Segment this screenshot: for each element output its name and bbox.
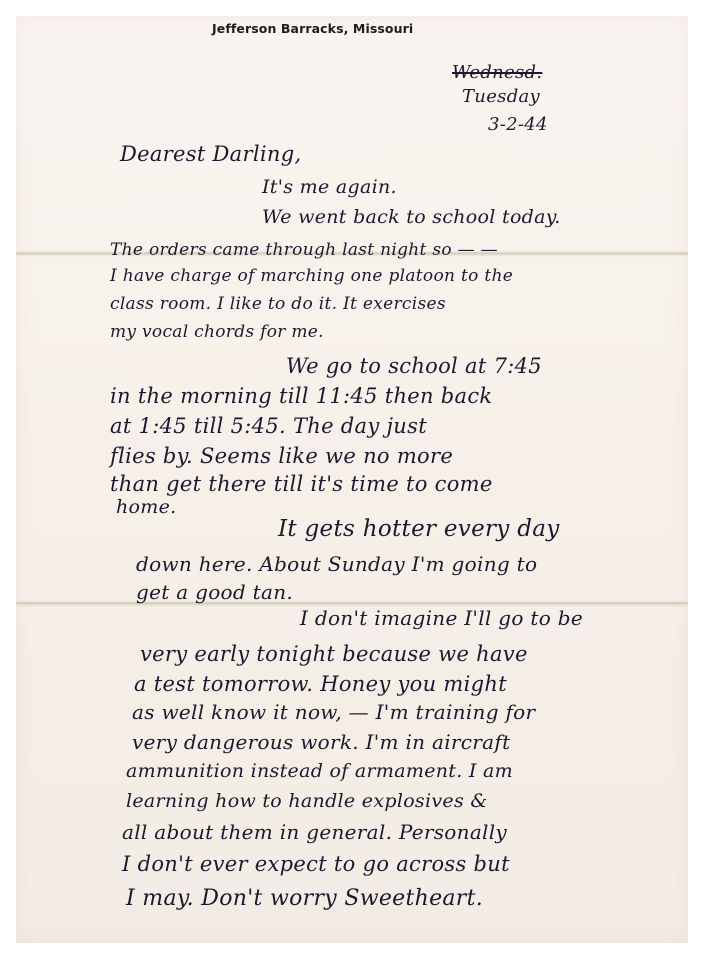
letter-line: in the morning till 11:45 then back [110,384,492,408]
letter-line: It's me again. [262,176,397,198]
letter-line: at 1:45 till 5:45. The day just [110,414,427,438]
letter-line: a test tomorrow. Honey you might [134,672,507,696]
letter-line: all about them in general. Personally [122,820,507,844]
letter-line: I may. Don't worry Sweetheart. [126,886,483,911]
dateline-day: Tuesday [462,86,540,107]
letter-line: flies by. Seems like we no more [110,444,453,468]
salutation: Dearest Darling, [120,142,301,166]
letter-line: The orders came through last night so — … [110,240,498,260]
letterhead: Jefferson Barracks, Missouri [212,21,413,36]
letter-line: I don't ever expect to go across but [122,852,510,876]
letter-line: home. [116,496,176,518]
letter-line: learning how to handle explosives & [126,790,488,812]
letter-line: down here. About Sunday I'm going to [136,552,537,576]
letter-line: than get there till it's time to come [110,472,493,496]
letter-line: very early tonight because we have [140,642,528,666]
letter-line: very dangerous work. I'm in aircraft [132,730,510,754]
letter-line: as well know it now, — I'm training for [132,700,535,724]
letter-line: ammunition instead of armament. I am [126,760,513,782]
letter-line: It gets hotter every day [278,516,560,542]
letter-line: I don't imagine I'll go to be [300,606,583,630]
letter-line: We went back to school today. [262,206,561,228]
letter-line: I have charge of marching one platoon to… [110,266,513,286]
letter-line: We go to school at 7:45 [286,354,542,378]
letter-line: class room. I like to do it. It exercise… [110,294,446,314]
dateline-date: 3-2-44 [488,114,548,135]
letter-line: get a good tan. [136,580,293,604]
letter-line: my vocal chords for me. [110,322,324,342]
struck-day: Wednesd. [452,62,542,83]
